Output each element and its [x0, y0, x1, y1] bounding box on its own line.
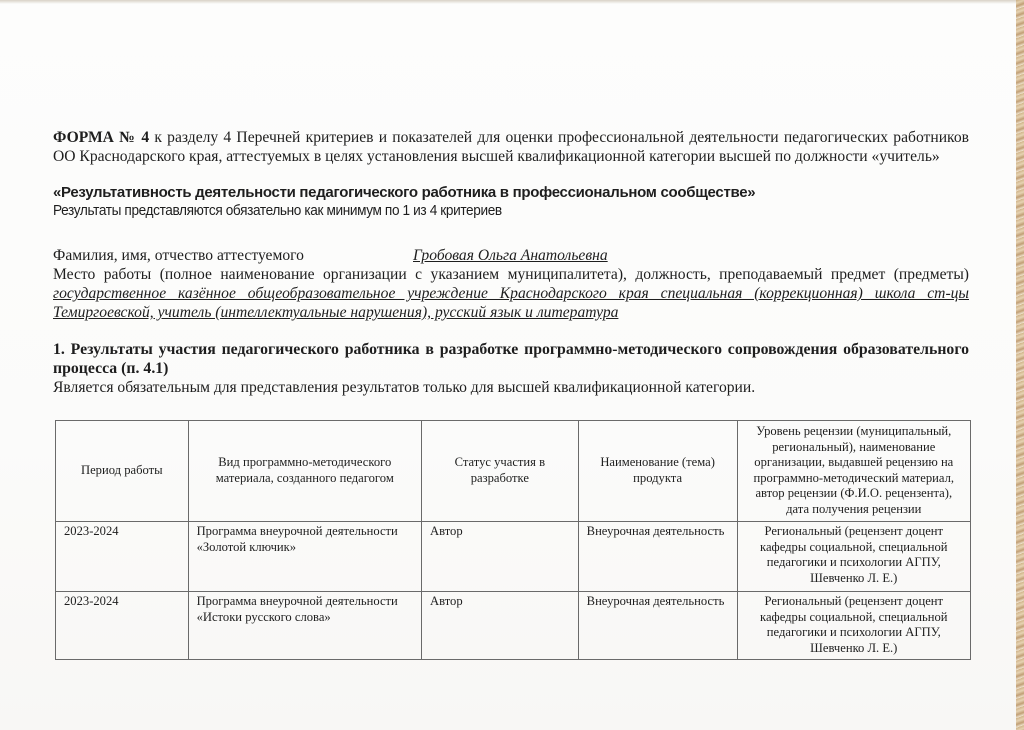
header-review: Уровень рецензии (муниципальный, региона…: [737, 421, 970, 522]
background-table-edge: [1016, 0, 1024, 730]
cell-material: Программа внеурочной деятельности «Золот…: [188, 522, 421, 592]
cell-period: 2023-2024: [56, 592, 189, 660]
header-material: Вид программно-методического материала, …: [188, 421, 421, 522]
workplace-label: Место работы (полное наименование органи…: [53, 266, 969, 283]
cell-product: Внеурочная деятельность: [578, 592, 737, 660]
cell-review: Региональный (рецензент доцент кафедры с…: [737, 592, 970, 660]
section-title: 1. Результаты участия педагогического ра…: [53, 340, 969, 378]
cell-period: 2023-2024: [56, 522, 189, 592]
form-label: ФОРМА № 4: [53, 129, 149, 146]
page-top-shadow: [0, 0, 1024, 4]
table-row: 2023-2024 Программа внеурочной деятельно…: [56, 522, 971, 592]
table-row: 2023-2024 Программа внеурочной деятельно…: [56, 592, 971, 660]
cell-product: Внеурочная деятельность: [578, 522, 737, 592]
form-intro: ФОРМА № 4 к разделу 4 Перечней критериев…: [53, 128, 969, 166]
cell-review: Региональный (рецензент доцент кафедры с…: [737, 522, 970, 592]
block-title: «Результативность деятельности педагогич…: [53, 183, 969, 202]
header-status: Статус участия в разработке: [421, 421, 578, 522]
fio-value: Гробовая Ольга Анатольевна: [413, 247, 608, 264]
header-product: Наименование (тема) продукта: [578, 421, 737, 522]
block-subtitle: Результаты представляются обязательно ка…: [53, 202, 914, 221]
table-header-row: Период работы Вид программно-методическо…: [56, 421, 971, 522]
section-note: Является обязательным для представления …: [53, 378, 969, 397]
results-table: Период работы Вид программно-методическо…: [55, 420, 971, 660]
form-intro-text: к разделу 4 Перечней критериев и показат…: [53, 129, 969, 165]
header-period: Период работы: [56, 421, 189, 522]
cell-material: Программа внеурочной деятельности «Исток…: [188, 592, 421, 660]
workplace-value: государственное казённое общеобразовател…: [53, 285, 969, 321]
cell-status: Автор: [421, 522, 578, 592]
cell-status: Автор: [421, 592, 578, 660]
workplace: Место работы (полное наименование органи…: [53, 265, 969, 322]
fio-label: Фамилия, имя, отчество аттестуемого: [53, 246, 413, 265]
fio-row: Фамилия, имя, отчество аттестуемогоГробо…: [53, 246, 969, 265]
